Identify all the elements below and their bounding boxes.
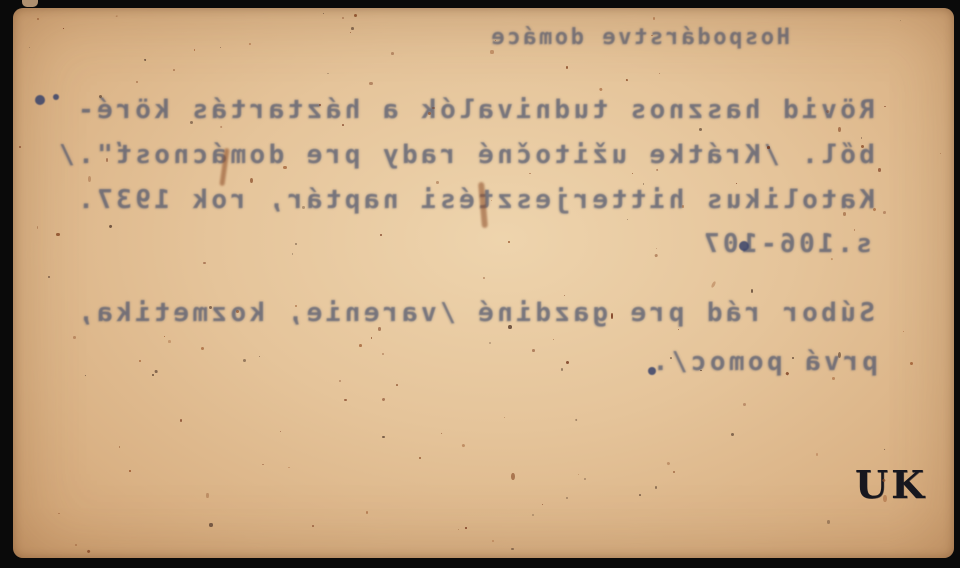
foxing-speck — [391, 52, 394, 55]
foxing-speck — [249, 42, 251, 44]
foxing-speck — [152, 374, 154, 376]
foxing-speck — [575, 419, 578, 422]
foxing-speck — [48, 276, 50, 278]
card-content: Hospodárstve domáce Rövid hasznos tudniv… — [0, 0, 960, 568]
foxing-speck — [359, 344, 362, 347]
foxing-speck — [194, 49, 195, 51]
foxing-speck — [164, 336, 165, 337]
typewritten-line-1: Rövid hasznos tudnivalók a háztartás kör… — [15, 95, 875, 125]
foxing-speck — [465, 527, 466, 528]
foxing-speck — [578, 474, 579, 475]
foxing-speck — [659, 73, 661, 75]
foxing-speck — [532, 514, 534, 516]
foxing-speck — [168, 340, 171, 343]
foxing-speck — [838, 127, 841, 132]
foxing-speck — [323, 13, 324, 14]
foxing-speck — [382, 436, 384, 438]
foxing-speck — [561, 368, 563, 370]
foxing-speck — [382, 353, 384, 355]
foxing-speck — [903, 331, 904, 332]
foxing-speck — [910, 362, 914, 366]
foxing-speck — [203, 262, 205, 264]
foxing-speck — [511, 548, 514, 551]
foxing-speck — [532, 349, 535, 352]
foxing-speck — [75, 544, 77, 546]
foxing-speck — [84, 375, 85, 376]
foxing-speck — [312, 525, 314, 527]
foxing-speck — [655, 486, 658, 489]
foxing-speck — [366, 511, 369, 514]
foxing-speck — [139, 360, 141, 362]
foxing-speck — [280, 431, 281, 432]
foxing-speck — [209, 523, 212, 526]
foxing-speck — [56, 233, 60, 237]
foxing-speck — [327, 73, 328, 74]
foxing-speck — [73, 336, 76, 339]
foxing-speck — [673, 471, 675, 473]
foxing-speck — [656, 248, 657, 249]
foxing-speck — [564, 295, 565, 296]
foxing-speck — [201, 347, 204, 350]
foxing-speck — [173, 69, 175, 71]
foxing-speck — [155, 370, 158, 373]
foxing-speck — [380, 234, 382, 236]
foxing-speck — [116, 15, 118, 16]
foxing-speck — [827, 520, 830, 523]
foxing-speck — [436, 181, 439, 184]
foxing-speck — [382, 398, 386, 402]
foxing-speck — [666, 462, 670, 466]
foxing-speck — [655, 253, 658, 256]
foxing-speck — [736, 183, 737, 184]
foxing-speck — [259, 356, 260, 357]
foxing-speck — [180, 419, 182, 423]
foxing-speck — [710, 281, 716, 289]
foxing-speck — [119, 446, 121, 448]
foxing-speck — [344, 399, 346, 401]
foxing-speck — [37, 18, 39, 20]
foxing-speck — [206, 493, 208, 498]
foxing-speck — [529, 173, 531, 175]
foxing-speck — [940, 153, 941, 154]
foxing-speck — [250, 178, 253, 184]
foxing-speck — [599, 87, 603, 91]
typewritten-line-6: prvá pomoc/. — [646, 347, 878, 377]
foxing-speck — [371, 337, 373, 339]
foxing-speck — [292, 253, 293, 254]
foxing-speck — [339, 380, 341, 382]
foxing-speck — [462, 443, 466, 447]
card-photo: Hospodárstve domáce Rövid hasznos tudniv… — [0, 0, 960, 568]
foxing-speck — [489, 342, 491, 344]
foxing-speck — [86, 549, 91, 554]
foxing-speck — [29, 47, 30, 48]
foxing-speck — [441, 432, 443, 434]
foxing-speck — [342, 17, 344, 19]
foxing-speck — [508, 241, 510, 243]
foxing-speck — [884, 449, 886, 451]
typewritten-line-2: ből. /Krátke užitočné rady pre domácnosť… — [15, 140, 875, 170]
foxing-speck — [37, 226, 39, 229]
foxing-speck — [639, 494, 641, 496]
foxing-speck — [262, 464, 263, 465]
foxing-speck — [143, 59, 146, 62]
foxing-speck — [584, 478, 586, 480]
foxing-speck — [542, 504, 543, 505]
foxing-speck — [350, 32, 351, 33]
foxing-speck — [63, 28, 64, 29]
foxing-speck — [626, 79, 628, 81]
foxing-speck — [295, 243, 298, 246]
foxing-speck — [109, 224, 113, 228]
foxing-speck — [751, 289, 753, 293]
uk-stamp: UK — [855, 462, 927, 507]
foxing-speck — [396, 384, 398, 386]
foxing-speck — [743, 403, 746, 406]
foxing-speck — [832, 377, 835, 380]
foxing-speck — [483, 277, 485, 279]
foxing-speck — [566, 497, 568, 499]
foxing-speck — [288, 467, 290, 469]
foxing-speck — [553, 339, 554, 340]
foxing-speck — [88, 176, 91, 181]
typewritten-line-4: s.106-107 — [700, 229, 872, 259]
foxing-speck — [419, 457, 421, 459]
foxing-speck — [699, 128, 702, 131]
foxing-speck — [883, 211, 886, 214]
foxing-speck — [677, 329, 678, 330]
foxing-speck — [351, 27, 354, 30]
foxing-speck — [490, 50, 493, 53]
foxing-speck — [566, 361, 569, 364]
typewritten-heading: Hospodárstve domáce — [470, 25, 790, 50]
foxing-speck — [129, 470, 130, 471]
foxing-speck — [653, 17, 655, 19]
foxing-speck — [632, 173, 633, 174]
foxing-speck — [136, 81, 138, 83]
foxing-speck — [369, 82, 372, 85]
foxing-speck — [354, 14, 357, 17]
typewritten-line-3: Katolikus hitterjesztési naptár, rok 193… — [15, 185, 875, 215]
typewritten-line-5: Súbor rád pre gazdiné /varenie, kozmetik… — [15, 298, 875, 328]
foxing-speck — [511, 473, 514, 480]
foxing-speck — [220, 47, 221, 48]
foxing-speck — [900, 20, 901, 21]
foxing-speck — [627, 219, 628, 220]
foxing-speck — [731, 433, 734, 436]
foxing-speck — [219, 125, 222, 128]
foxing-speck — [816, 453, 819, 456]
foxing-speck — [58, 513, 60, 515]
foxing-speck — [243, 359, 246, 362]
foxing-speck — [878, 168, 882, 172]
foxing-speck — [566, 66, 568, 69]
foxing-speck — [492, 540, 494, 542]
foxing-speck — [884, 106, 885, 107]
foxing-speck — [504, 417, 505, 418]
foxing-speck — [458, 529, 459, 530]
